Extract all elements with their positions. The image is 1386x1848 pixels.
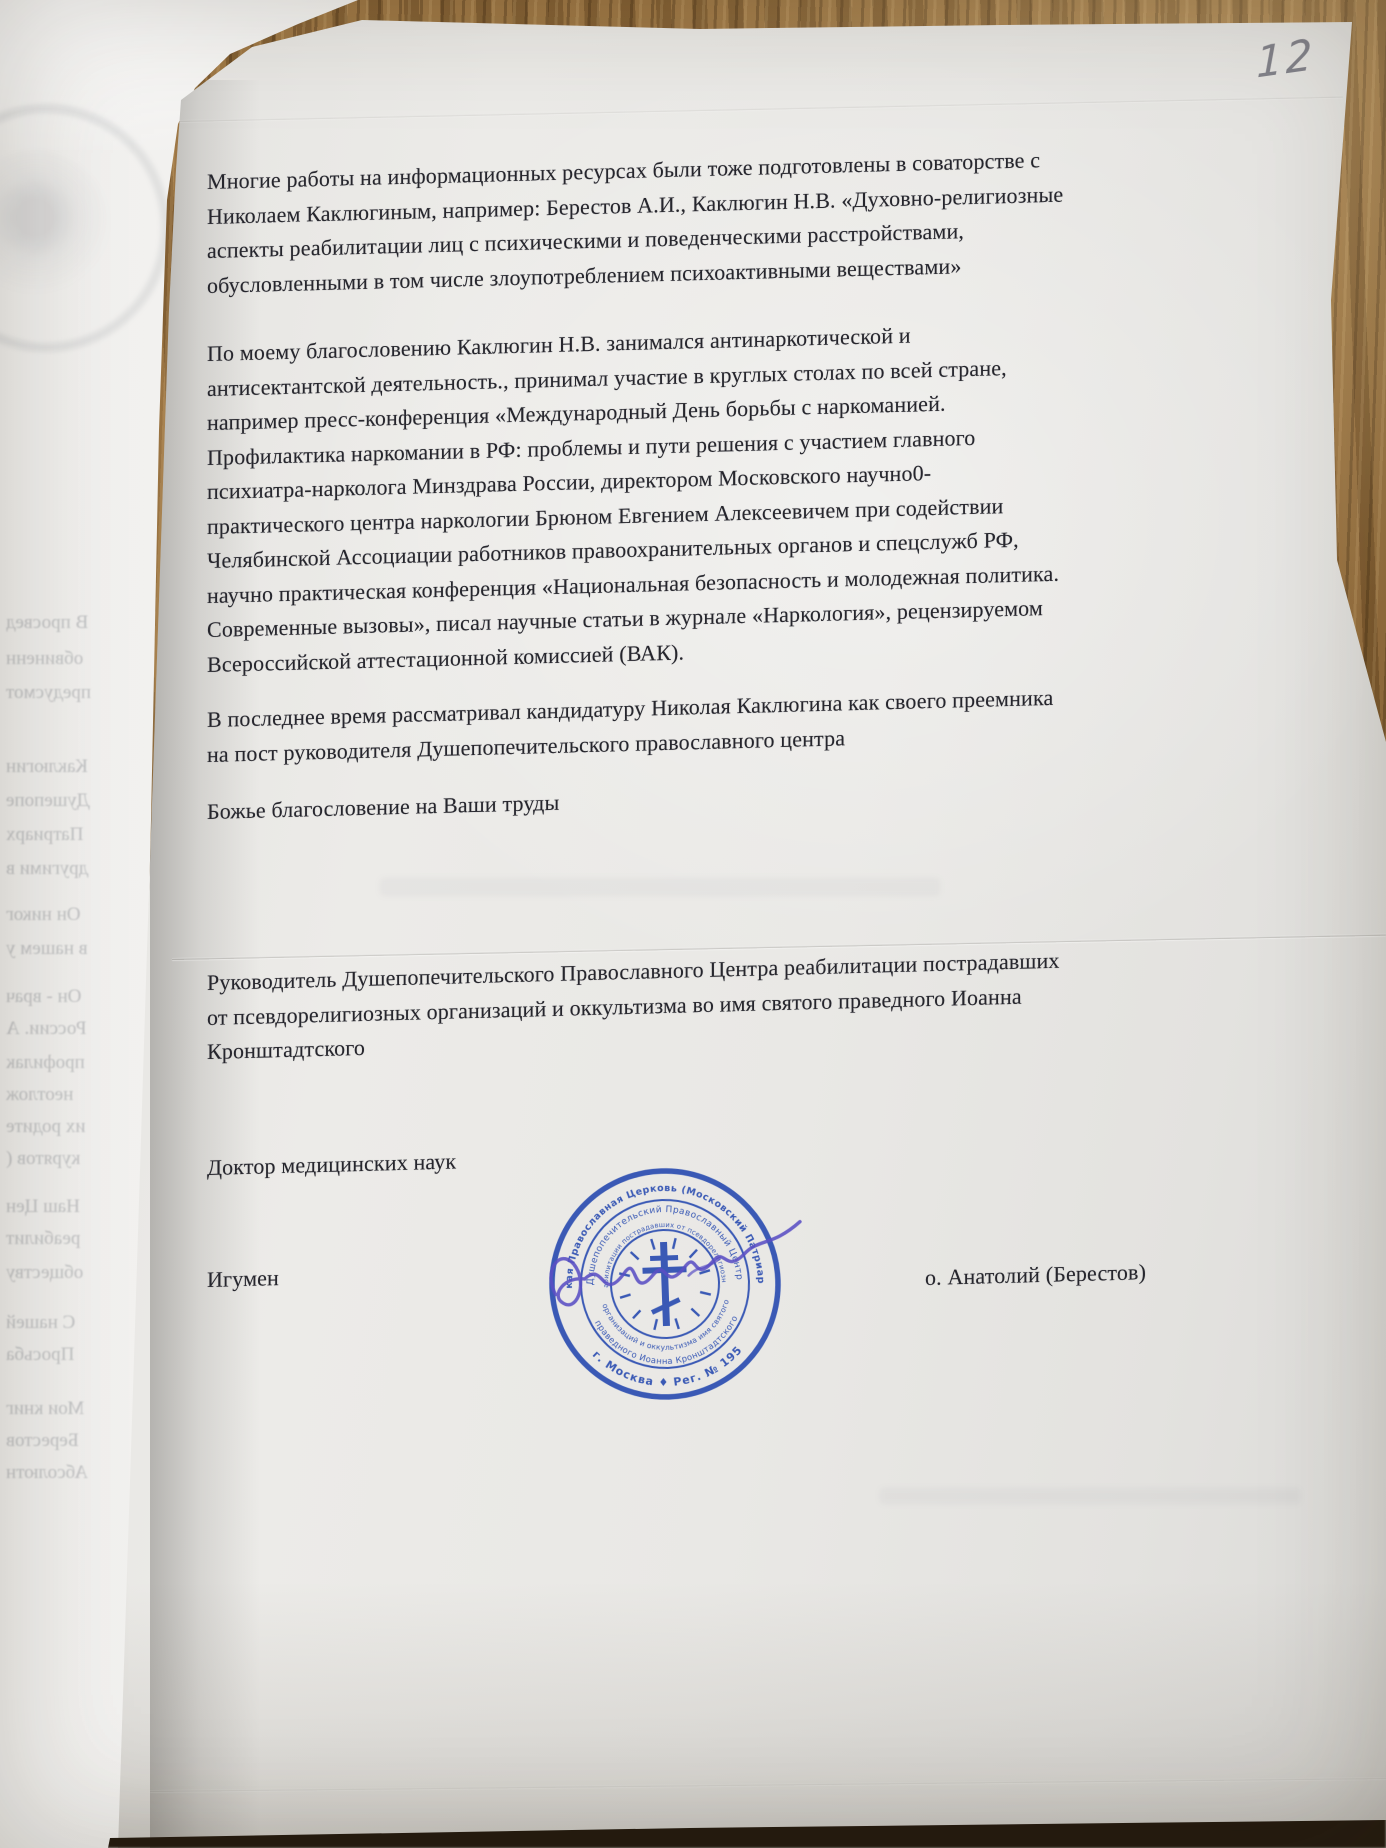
- bleedthrough-text-fragment: обществу: [6, 1262, 83, 1284]
- photo-of-letter-page: В просведобвиненнпредусмотКаклюгинДушепо…: [0, 0, 1386, 1848]
- bleedthrough-text-fragment: обвиненн: [6, 648, 83, 670]
- letter-page: Многие работы на информационных ресурсах…: [0, 0, 1386, 1848]
- typed-letter-text: Многие работы на информационных ресурсах…: [207, 0, 1107, 1848]
- bleedthrough-text-fragment: их родите: [6, 1116, 85, 1138]
- bleedthrough-text-fragment: Просьба: [6, 1344, 74, 1366]
- handwritten-page-number: 12: [1256, 34, 1315, 85]
- bleedthrough-text-column: В просведобвиненнпредусмотКаклюгинДушепо…: [2, 600, 154, 1500]
- bleedthrough-text-fragment: России. А: [6, 1018, 87, 1040]
- bleedthrough-text-fragment: профилак: [6, 1052, 85, 1074]
- paragraph-degree: Доктор медицинских наук: [207, 1144, 456, 1185]
- paragraph-signer-role: Руководитель Душепопечительского Правосл…: [207, 944, 1060, 1070]
- bleedthrough-text-fragment: реабилит: [6, 1228, 80, 1250]
- signer-title: Игумен: [207, 1261, 279, 1297]
- signer-name: о. Анатолий (Берестов): [925, 1255, 1146, 1295]
- bleedthrough-text-fragment: Наш Цен: [6, 1196, 80, 1218]
- bleedthrough-text-fragment: Каклюгин: [6, 756, 88, 778]
- signature-scribble: [537, 1189, 824, 1338]
- bleedthrough-text-fragment: Патриарх: [6, 824, 83, 846]
- bleedthrough-text-fragment: другими в: [6, 858, 88, 880]
- paragraph-successor: В последнее время рассматривал кандидату…: [207, 681, 1053, 772]
- bleedthrough-text-fragment: неотлож: [6, 1084, 73, 1106]
- bleedthrough-text-fragment: курятов (: [6, 1148, 80, 1170]
- paragraph-coauthored-works: Многие работы на информационных ресурсах…: [207, 143, 1063, 303]
- bleedthrough-text-fragment: Берестов: [6, 1430, 79, 1452]
- paragraph-blessing: Божье благословение на Ваши труды: [207, 786, 559, 830]
- bleedthrough-text-fragment: Абсолютн: [6, 1462, 88, 1484]
- bleedthrough-text-fragment: Он - врач: [6, 986, 81, 1008]
- paragraph-activities: По моему благословению Каклюгин Н.В. зан…: [207, 315, 1059, 682]
- bleedthrough-text-fragment: предусмот: [6, 682, 91, 704]
- bleedthrough-text-fragment: Он никог: [6, 904, 81, 926]
- bleedthrough-text-fragment: в нашем у: [6, 938, 88, 960]
- bleedthrough-text-fragment: Душепопе: [6, 790, 90, 812]
- bleedthrough-text-fragment: С нашей: [6, 1312, 75, 1334]
- bleedthrough-text-fragment: В просвед: [6, 612, 88, 634]
- bleedthrough-text-fragment: Мои книг: [6, 1398, 84, 1420]
